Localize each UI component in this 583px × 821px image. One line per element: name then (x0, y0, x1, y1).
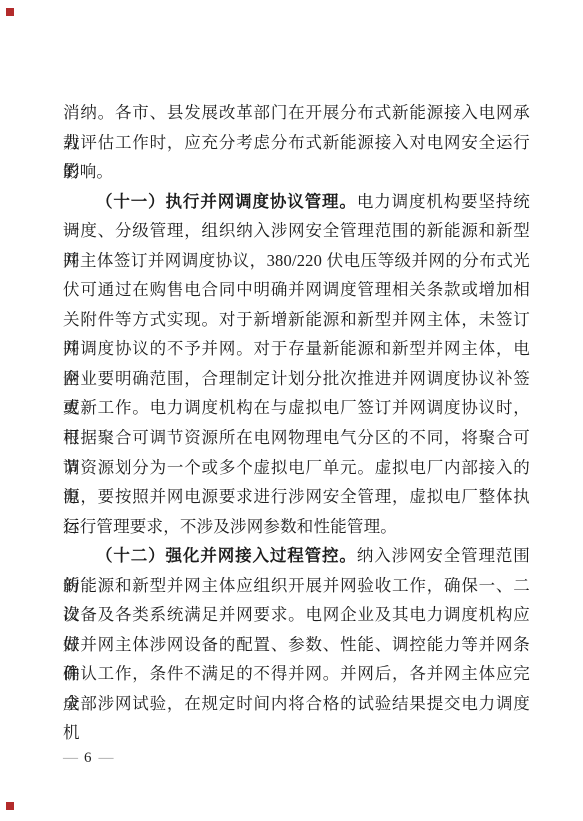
text-line: 好并网主体涉网设备的配置、参数、性能、调控能力等并网条件 (63, 630, 530, 660)
text-line: 设备及各类系统满足并网要求。电网企业及其电力调度机构应做 (63, 600, 530, 630)
text-line: 企业要明确范围，合理制定计划分批次推进并网调度协议补签或 (63, 364, 530, 394)
paragraph-section-11: （十一）执行并网调度协议管理。电力调度机构要坚持统一 调度、分级管理，组织纳入涉… (63, 187, 530, 542)
text-line: 伏可通过在购售电合同中明确并网调度管理相关条款或增加相 (63, 275, 530, 305)
text-line: 消纳。各市、县发展改革部门在开展分布式新能源接入电网承载 (63, 98, 530, 128)
page-number-value: 6 (83, 750, 93, 767)
paragraph-continuation: 消纳。各市、县发展改革部门在开展分布式新能源接入电网承载 力评估工作时，应充分考… (63, 98, 530, 187)
text-line: 影响。 (63, 157, 530, 187)
text-line: 调度、分级管理，组织纳入涉网安全管理范围的新能源和新型并 (63, 216, 530, 246)
text-line: 网主体签订并网调度协议，380/220 伏电压等级并网的分布式光 (63, 246, 530, 276)
text-line: 节资源划分为一个或多个虚拟电厂单元。虚拟电厂内部接入的电 (63, 453, 530, 483)
text-line: （十一）执行并网调度协议管理。电力调度机构要坚持统一 (63, 187, 530, 217)
page-number: — 6 — (63, 748, 113, 768)
text-line: 根据聚合可调节资源所在电网物理电气分区的不同，将聚合可调 (63, 423, 530, 453)
text-line: （十二）强化并网接入过程管控。纳入涉网安全管理范围的 (63, 541, 530, 571)
text-line: 新能源和新型并网主体应组织开展并网验收工作，确保一、二次 (63, 571, 530, 601)
text-line: 源，要按照并网电源要求进行涉网安全管理，虚拟电厂整体执行 (63, 482, 530, 512)
red-corner-mark-bottom (6, 802, 14, 810)
text-line: 力评估工作时，应充分考虑分布式新能源接入对电网安全运行的 (63, 128, 530, 158)
section-heading: （十一）执行并网调度协议管理。 (96, 192, 357, 211)
page-number-dash-left: — (63, 750, 77, 767)
red-corner-mark-top (6, 8, 14, 16)
page-number-dash-right: — (99, 750, 113, 767)
paragraph-section-12: （十二）强化并网接入过程管控。纳入涉网安全管理范围的 新能源和新型并网主体应组织… (63, 541, 530, 718)
document-page: 消纳。各市、县发展改革部门在开展分布式新能源接入电网承载 力评估工作时，应充分考… (0, 0, 583, 821)
text-line: 运行管理要求，不涉及涉网参数和性能管理。 (63, 512, 530, 542)
text-line: 网调度协议的不予并网。对于存量新能源和新型并网主体，电网 (63, 334, 530, 364)
text-line: 确认工作，条件不满足的不得并网。并网后，各并网主体应完成 (63, 659, 530, 689)
text-line: 全部涉网试验，在规定时间内将合格的试验结果提交电力调度机 (63, 689, 530, 719)
text-line: 关附件等方式实现。对于新增新能源和新型并网主体，未签订并 (63, 305, 530, 335)
document-body: 消纳。各市、县发展改革部门在开展分布式新能源接入电网承载 力评估工作时，应充分考… (63, 98, 530, 718)
section-heading: （十二）强化并网接入过程管控。 (96, 546, 357, 565)
text-line: 更新工作。电力调度机构在与虚拟电厂签订并网调度协议时，可 (63, 393, 530, 423)
